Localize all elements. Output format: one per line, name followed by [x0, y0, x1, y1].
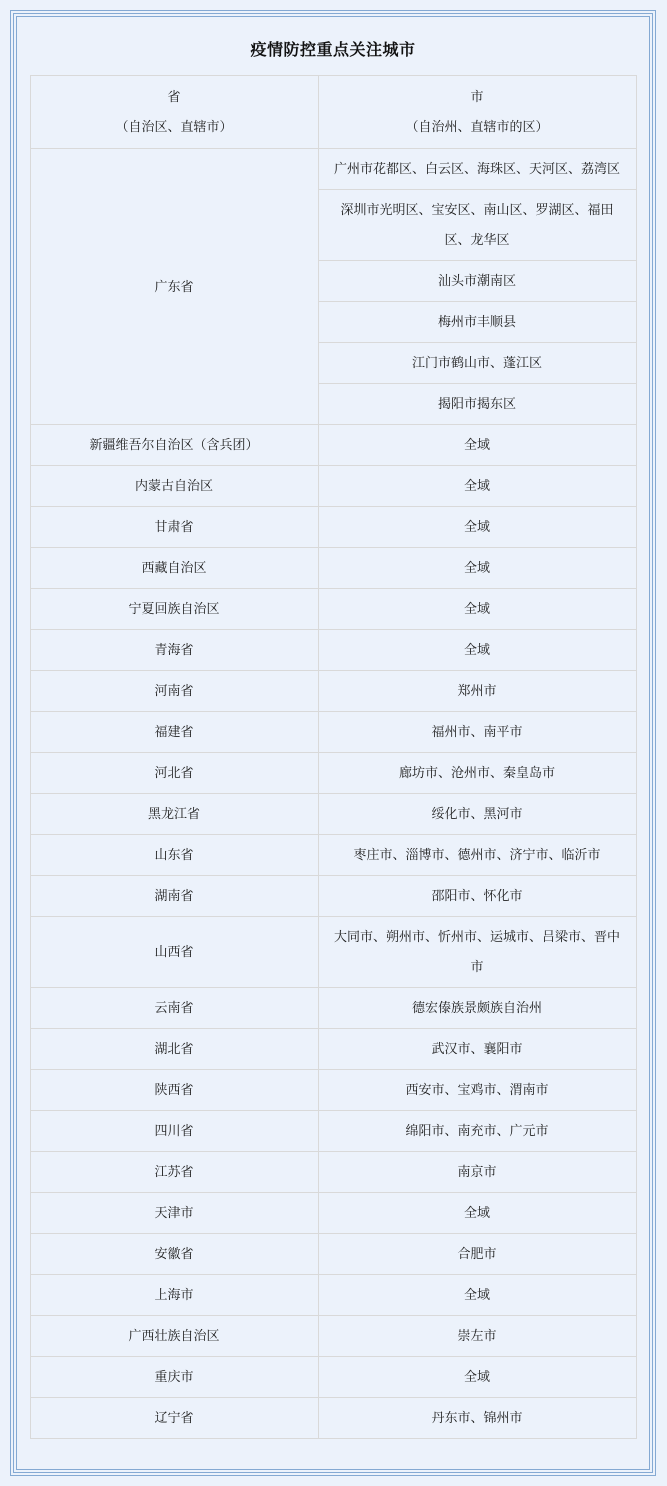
city-cell: 全域	[318, 466, 636, 507]
table-row: 山东省枣庄市、淄博市、德州市、济宁市、临沂市	[30, 835, 636, 876]
table-row: 云南省德宏傣族景颇族自治州	[30, 988, 636, 1029]
city-cell: 全域	[318, 507, 636, 548]
table-row: 甘肃省全域	[30, 507, 636, 548]
province-header-line1: 省	[41, 82, 308, 112]
city-cell: 全域	[318, 1357, 636, 1398]
province-cell: 上海市	[30, 1275, 318, 1316]
table-row: 广西壮族自治区崇左市	[30, 1316, 636, 1357]
province-cell: 广东省	[30, 149, 318, 425]
city-column-header: 市 （自治州、直辖市的区）	[318, 76, 636, 149]
city-cell: 绵阳市、南充市、广元市	[318, 1111, 636, 1152]
table-row: 福建省福州市、南平市	[30, 712, 636, 753]
province-cell: 江苏省	[30, 1152, 318, 1193]
table-row: 重庆市全域	[30, 1357, 636, 1398]
province-cell: 四川省	[30, 1111, 318, 1152]
city-cell: 德宏傣族景颇族自治州	[318, 988, 636, 1029]
table-row: 黑龙江省绥化市、黑河市	[30, 794, 636, 835]
table-row: 河南省郑州市	[30, 671, 636, 712]
table-row: 内蒙古自治区全域	[30, 466, 636, 507]
province-cell: 山西省	[30, 917, 318, 988]
city-cell: 郑州市	[318, 671, 636, 712]
city-cell: 全域	[318, 548, 636, 589]
province-cell: 宁夏回族自治区	[30, 589, 318, 630]
province-cell: 新疆维吾尔自治区（含兵团）	[30, 425, 318, 466]
province-header-line2: （自治区、直辖市）	[41, 112, 308, 142]
province-cell: 广西壮族自治区	[30, 1316, 318, 1357]
city-cell: 全域	[318, 589, 636, 630]
table-row: 安徽省合肥市	[30, 1234, 636, 1275]
city-cell: 绥化市、黑河市	[318, 794, 636, 835]
city-cell: 深圳市光明区、宝安区、南山区、罗湖区、福田区、龙华区	[318, 190, 636, 261]
province-cell: 河北省	[30, 753, 318, 794]
table-row: 西藏自治区全域	[30, 548, 636, 589]
province-cell: 辽宁省	[30, 1398, 318, 1439]
city-cell: 梅州市丰顺县	[318, 302, 636, 343]
header-row: 省 （自治区、直辖市） 市 （自治州、直辖市的区）	[30, 76, 636, 149]
table-row: 广东省广州市花都区、白云区、海珠区、天河区、荔湾区	[30, 149, 636, 190]
city-cell: 崇左市	[318, 1316, 636, 1357]
city-cell: 邵阳市、怀化市	[318, 876, 636, 917]
city-cell: 丹东市、锦州市	[318, 1398, 636, 1439]
province-cell: 天津市	[30, 1193, 318, 1234]
province-cell: 安徽省	[30, 1234, 318, 1275]
city-cell: 揭阳市揭东区	[318, 384, 636, 425]
city-cell: 全域	[318, 425, 636, 466]
city-cell: 全域	[318, 630, 636, 671]
city-table: 省 （自治区、直辖市） 市 （自治州、直辖市的区） 广东省广州市花都区、白云区、…	[30, 75, 637, 1439]
decorative-frame-outer: 疫情防控重点关注城市 省 （自治区、直辖市） 市	[10, 10, 656, 1476]
table-row: 湖北省武汉市、襄阳市	[30, 1029, 636, 1070]
decorative-frame-mid: 疫情防控重点关注城市 省 （自治区、直辖市） 市	[13, 13, 653, 1473]
city-cell: 大同市、朔州市、忻州市、运城市、吕梁市、晋中市	[318, 917, 636, 988]
province-cell: 河南省	[30, 671, 318, 712]
province-cell: 西藏自治区	[30, 548, 318, 589]
table-row: 陕西省西安市、宝鸡市、渭南市	[30, 1070, 636, 1111]
city-cell: 全域	[318, 1193, 636, 1234]
province-cell: 甘肃省	[30, 507, 318, 548]
province-cell: 云南省	[30, 988, 318, 1029]
province-cell: 山东省	[30, 835, 318, 876]
table-row: 河北省廊坊市、沧州市、秦皇岛市	[30, 753, 636, 794]
province-column-header: 省 （自治区、直辖市）	[30, 76, 318, 149]
city-cell: 广州市花都区、白云区、海珠区、天河区、荔湾区	[318, 149, 636, 190]
city-cell: 枣庄市、淄博市、德州市、济宁市、临沂市	[318, 835, 636, 876]
table-row: 辽宁省丹东市、锦州市	[30, 1398, 636, 1439]
city-cell: 南京市	[318, 1152, 636, 1193]
decorative-frame-inner: 疫情防控重点关注城市 省 （自治区、直辖市） 市	[16, 16, 650, 1470]
province-cell: 内蒙古自治区	[30, 466, 318, 507]
province-cell: 福建省	[30, 712, 318, 753]
city-cell: 西安市、宝鸡市、渭南市	[318, 1070, 636, 1111]
province-cell: 重庆市	[30, 1357, 318, 1398]
city-header-line2: （自治州、直辖市的区）	[329, 112, 626, 142]
table-row: 青海省全域	[30, 630, 636, 671]
table-row: 宁夏回族自治区全域	[30, 589, 636, 630]
table-row: 新疆维吾尔自治区（含兵团）全域	[30, 425, 636, 466]
city-header-line1: 市	[329, 82, 626, 112]
city-cell: 汕头市潮南区	[318, 261, 636, 302]
city-cell: 合肥市	[318, 1234, 636, 1275]
city-cell: 福州市、南平市	[318, 712, 636, 753]
city-cell: 廊坊市、沧州市、秦皇岛市	[318, 753, 636, 794]
province-cell: 黑龙江省	[30, 794, 318, 835]
province-cell: 青海省	[30, 630, 318, 671]
page-title: 疫情防控重点关注城市	[17, 37, 649, 60]
table-row: 上海市全域	[30, 1275, 636, 1316]
city-cell: 全域	[318, 1275, 636, 1316]
table-row: 天津市全域	[30, 1193, 636, 1234]
province-cell: 湖南省	[30, 876, 318, 917]
table-body: 广东省广州市花都区、白云区、海珠区、天河区、荔湾区深圳市光明区、宝安区、南山区、…	[30, 149, 636, 1439]
city-cell: 江门市鹤山市、蓬江区	[318, 343, 636, 384]
city-cell: 武汉市、襄阳市	[318, 1029, 636, 1070]
page: 疫情防控重点关注城市 省 （自治区、直辖市） 市	[0, 0, 667, 1486]
table-row: 湖南省邵阳市、怀化市	[30, 876, 636, 917]
table-row: 四川省绵阳市、南充市、广元市	[30, 1111, 636, 1152]
table-row: 江苏省南京市	[30, 1152, 636, 1193]
province-cell: 湖北省	[30, 1029, 318, 1070]
table-row: 山西省大同市、朔州市、忻州市、运城市、吕梁市、晋中市	[30, 917, 636, 988]
province-cell: 陕西省	[30, 1070, 318, 1111]
